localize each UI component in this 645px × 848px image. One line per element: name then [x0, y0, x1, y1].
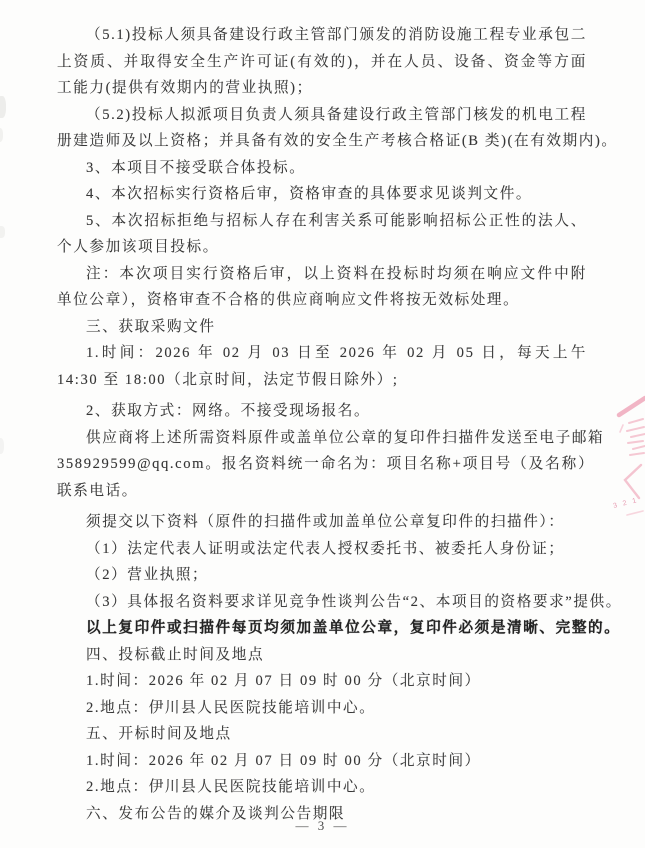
- text-line: 供应商将上述所需资料原件或盖单位公章的复印件扫描件发送至电子邮箱: [57, 425, 587, 452]
- text-line: 1.时间：2026 年 02 月 07 日 09 时 00 分（北京时间）: [57, 668, 587, 695]
- text-line: 个人参加该项目投标。: [57, 234, 587, 261]
- text-line: 四、投标截止时间及地点: [57, 642, 587, 669]
- text-line: 358929599@qq.com。报名资料统一命名为：项目名称+项目号（及名称）…: [57, 451, 587, 478]
- text-line: 3、本项目不接受联合体投标。: [57, 155, 587, 182]
- stamp-mark: [603, 385, 645, 535]
- text-line: （2）营业执照；: [57, 562, 587, 589]
- text-line: 单位公章），资格审查不合格的供应商响应文件将按无效标处理。: [57, 287, 587, 314]
- text-line: 三、获取采购文件: [57, 314, 587, 341]
- text-line: 联系电话。: [57, 478, 587, 505]
- document-page: （5.1)投标人须具备建设行政主管部门颁发的消防设施工程专业承包二级资质及以上资…: [0, 0, 645, 848]
- scan-artifact: [0, 128, 3, 142]
- text-line: （5.1)投标人须具备建设行政主管部门颁发的消防设施工程专业承包二级资质及以: [57, 22, 587, 49]
- document-body: （5.1)投标人须具备建设行政主管部门颁发的消防设施工程专业承包二级资质及以上资…: [57, 22, 587, 827]
- scan-artifact: [0, 226, 5, 238]
- text-line: 须提交以下资料（原件的扫描件或加盖单位公章复印件的扫描件）：: [57, 509, 587, 536]
- text-line: 注：本次项目实行资格后审，以上资料在投标时均须在响应文件中附复印件（加盖: [57, 261, 587, 288]
- text-line: 5、本次招标拒绝与招标人存在利害关系可能影响招标公正性的法人、其他组织或者: [57, 208, 587, 235]
- text-line: 1.时间：2026 年 02 月 03 日至 2026 年 02 月 05 日，…: [57, 340, 587, 367]
- text-line: 工能力(提供有效期内的营业执照)；: [57, 75, 587, 102]
- scan-artifact: [0, 438, 4, 454]
- text-line: （3）具体报名资料要求详见竞争性谈判公告“2、本项目的资格要求”提供。: [57, 589, 587, 616]
- text-line: 4、本次招标实行资格后审，资格审查的具体要求见谈判文件。: [57, 181, 587, 208]
- text-line: 五、开标时间及地点: [57, 721, 587, 748]
- text-line: 1.时间：2026 年 02 月 07 日 09 时 00 分（北京时间）: [57, 748, 587, 775]
- text-line: 2、获取方式：网络。不接受现场报名。: [57, 398, 587, 425]
- text-line: 2.地点：伊川县人民医院技能培训中心。: [57, 695, 587, 722]
- text-line: （1）法定代表人证明或法定代表人授权委托书、被委托人身份证；: [57, 536, 587, 563]
- text-line: 上资质、并取得安全生产许可证(有效的)，并在人员、设备、资金等方面具有相应的施: [57, 49, 587, 76]
- text-line: （5.2)投标人拟派项目负责人须具备建设行政主管部门核发的机电工程专业二级注: [57, 102, 587, 129]
- page-number: — 3 —: [0, 818, 645, 834]
- scan-artifact: [0, 96, 6, 118]
- stamp-digits: 3 2 1: [613, 497, 640, 510]
- text-line: 册建造师及以上资格；并具备有效的安全生产考核合格证(B 类)(在有效期内)。: [57, 128, 587, 155]
- text-line: 2.地点：伊川县人民医院技能培训中心。: [57, 774, 587, 801]
- text-line: 14:30 至 18:00（北京时间，法定节假日除外）;: [57, 367, 587, 394]
- text-line: 以上复印件或扫描件每页均须加盖单位公章，复印件必须是清晰、完整的。: [57, 615, 587, 642]
